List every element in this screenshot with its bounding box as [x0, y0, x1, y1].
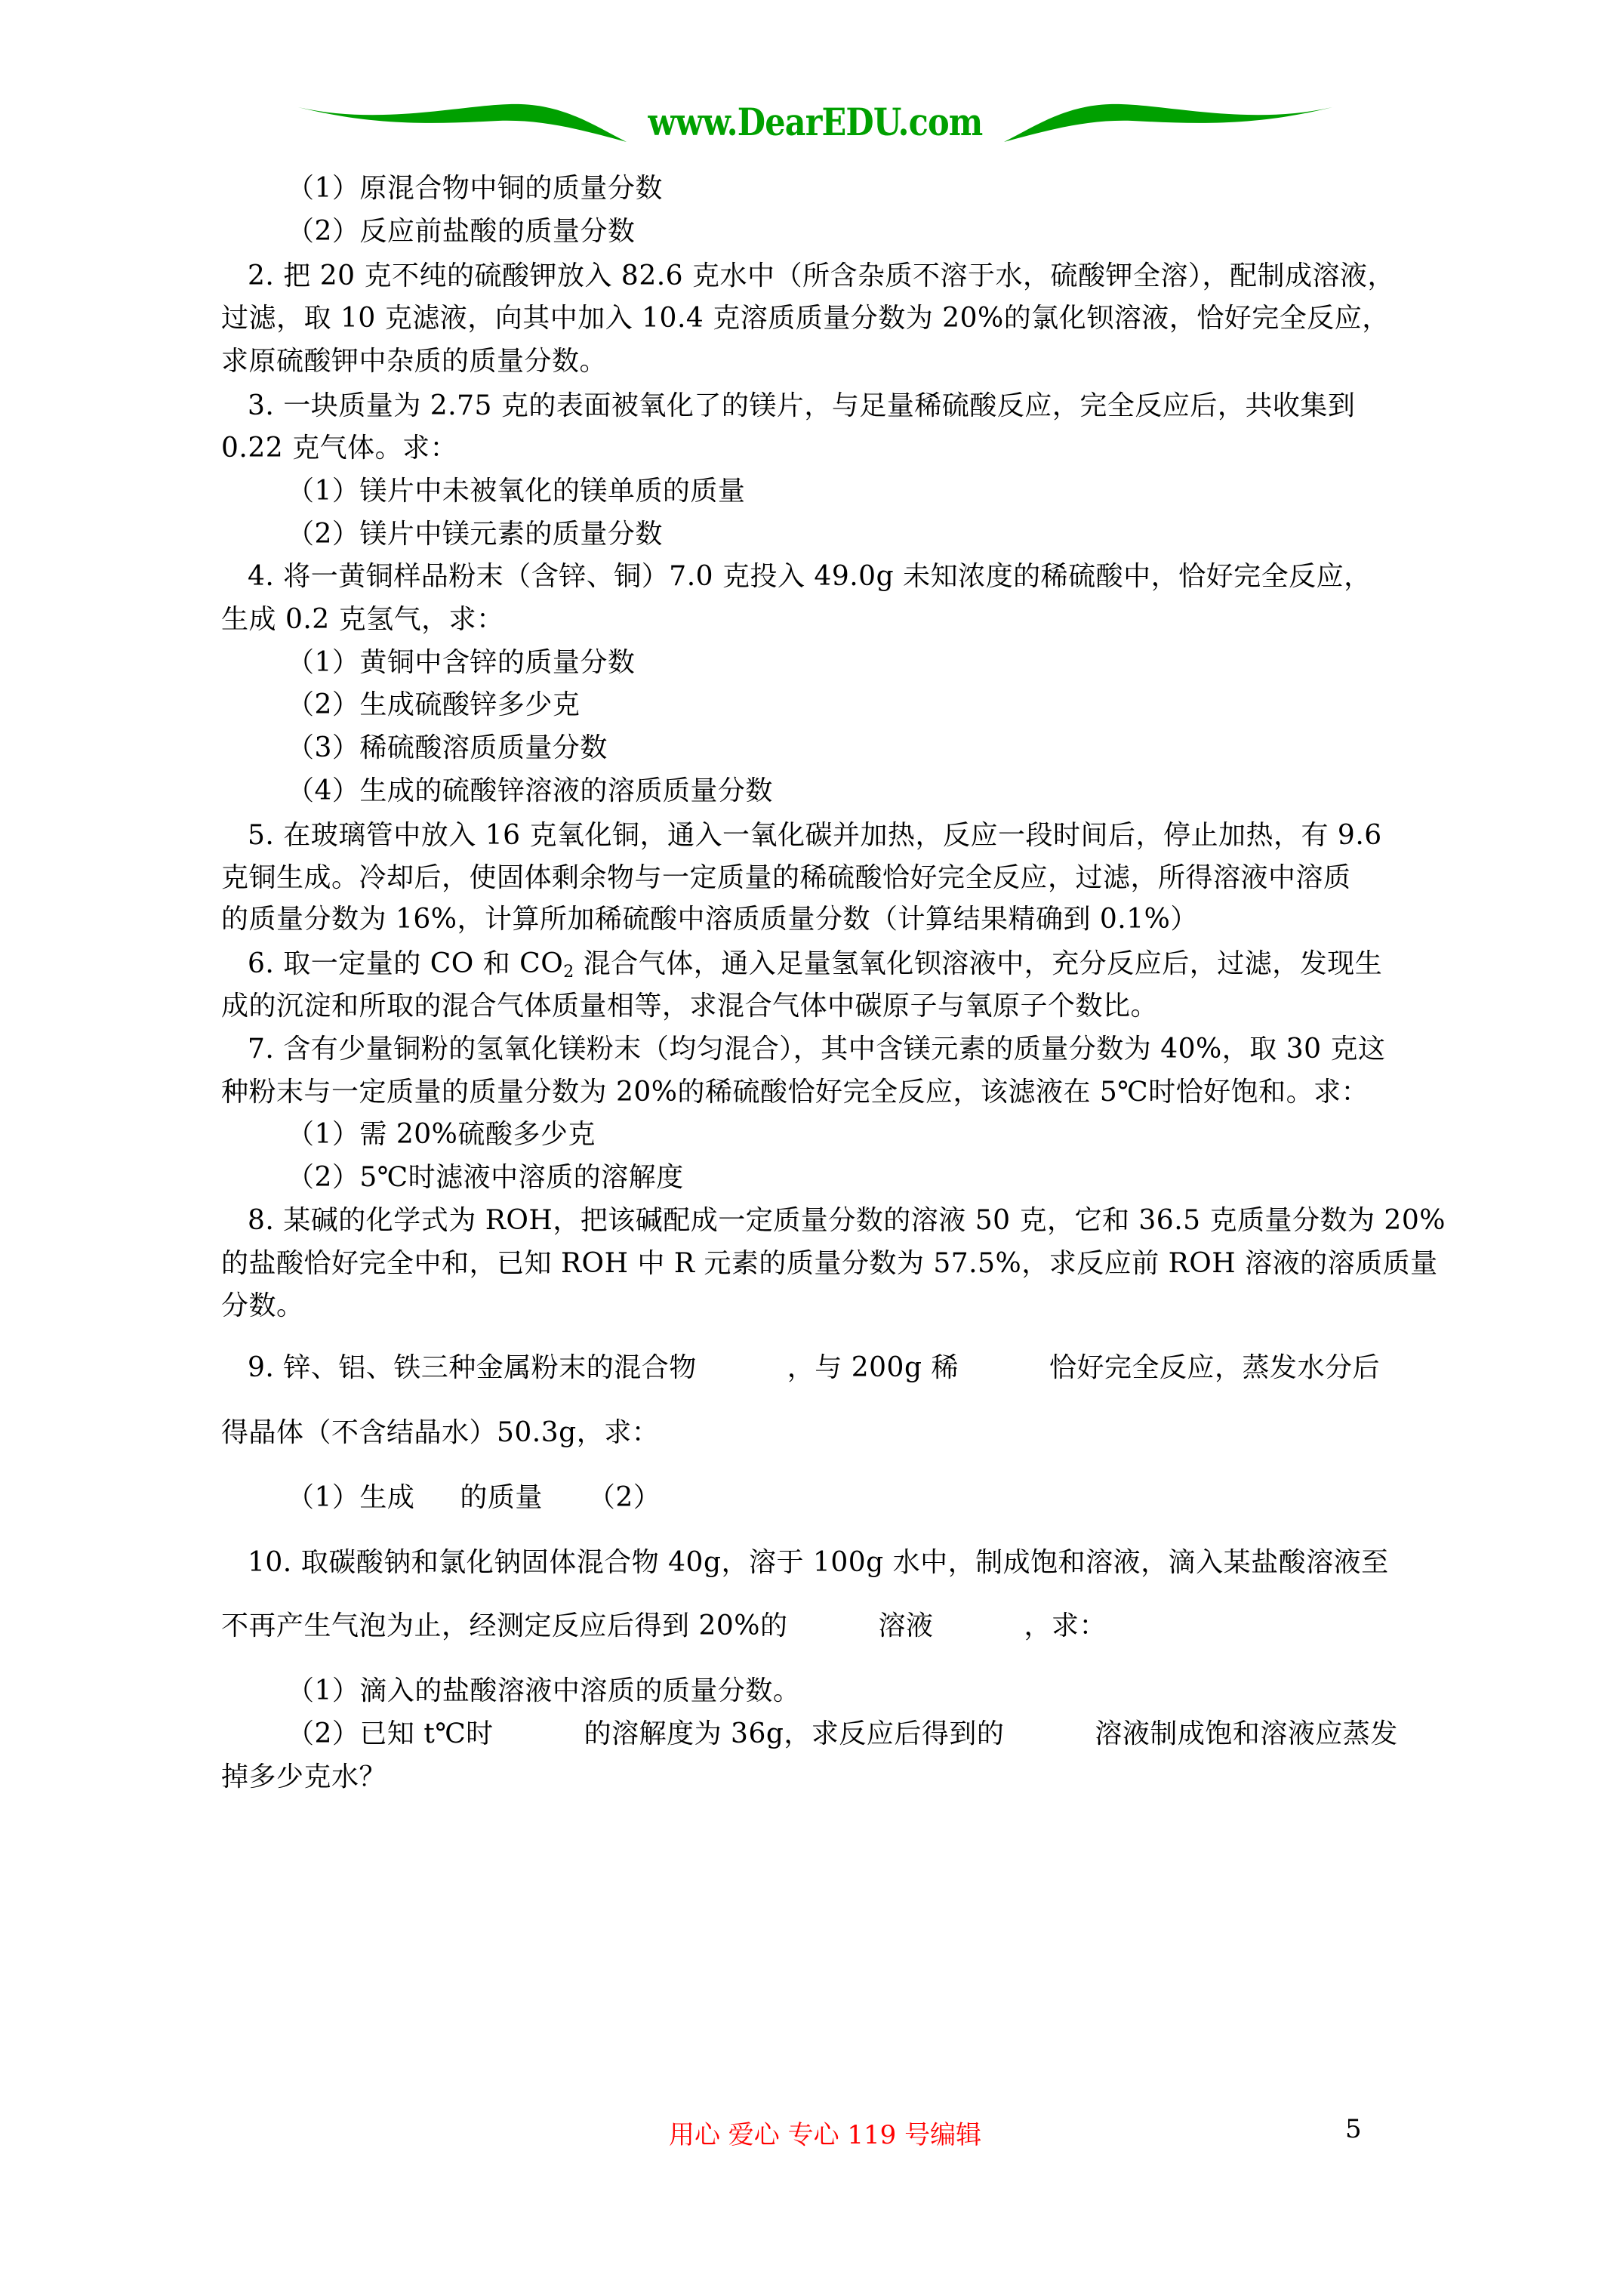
- q8-line-1: 8. 某碱的化学式为 ROH，把该碱配成一定质量分数的溶液 50 克，它和 36…: [248, 1204, 1446, 1237]
- q6-line-2: 成的沉淀和所取的混合气体质量相等，求混合气体中碳原子与氧原子个数比。: [221, 990, 1158, 1023]
- q1-sub-2: （2）反应前盐酸的质量分数: [287, 215, 635, 248]
- q4-line-1: 4. 将一黄铜样品粉末（含锌、铜）7.0 克投入 49.0g 未知浓度的稀硫酸中…: [248, 560, 1372, 593]
- q8-line-3: 分数。: [221, 1290, 304, 1323]
- q9-sub-text-c: （2）: [588, 1482, 661, 1513]
- q9-sub-text-b: 的质量: [460, 1482, 543, 1513]
- q3-sub-1: （1）镁片中未被氧化的镁单质的质量: [287, 475, 745, 508]
- q6-text-b: 混合气体，通入足量氢氧化钡溶液中，充分反应后，过滤，发现生: [574, 948, 1382, 979]
- q10-text-a: 不再产生气泡为止，经测定反应后得到 20%的: [221, 1610, 787, 1641]
- q7-sub-1: （1）需 20%硫酸多少克: [287, 1118, 596, 1151]
- q10-line-1: 10. 取碳酸钠和氯化钠固体混合物 40g，溶于 100g 水中，制成饱和溶液，…: [248, 1546, 1389, 1579]
- site-banner: www.DearEDU.com: [294, 97, 1336, 149]
- q4-sub-3: （3）稀硫酸溶质质量分数: [287, 732, 608, 765]
- q7-line-2: 种粉末与一定质量的质量分数为 20%的稀硫酸恰好完全反应，该滤液在 5℃时恰好饱…: [221, 1076, 1369, 1109]
- q8-line-2: 的盐酸恰好完全中和，已知 ROH 中 R 元素的质量分数为 57.5%，求反应前…: [221, 1247, 1438, 1281]
- q7-sub-2: （2）5℃时滤液中溶质的溶解度: [287, 1161, 684, 1194]
- q5-line-2: 克铜生成。冷却后，使固体剩余物与一定质量的稀硫酸恰好完全反应，过滤，所得溶液中溶…: [221, 861, 1351, 895]
- co2-subscript: 2: [563, 963, 574, 982]
- q10-sub-2: （2）已知 t℃时的溶解度为 36g，求反应后得到的溶液制成饱和溶液应蒸发: [287, 1718, 1398, 1751]
- q4-sub-4: （4）生成的硫酸锌溶液的溶质质量分数: [287, 775, 773, 808]
- q10-sub-text-c: 溶液制成饱和溶液应蒸发: [1095, 1718, 1398, 1749]
- q4-sub-2: （2）生成硫酸锌多少克: [287, 689, 580, 722]
- q10-text-c: ，求：: [1024, 1610, 1107, 1641]
- q9-text-c: 恰好完全反应，蒸发水分后: [1049, 1352, 1380, 1383]
- q3-line-2: 0.22 克气体。求：: [221, 432, 457, 465]
- q2-line-1: 2. 把 20 克不纯的硫酸钾放入 82.6 克水中（所含杂质不溶于水，硫酸钾全…: [248, 260, 1395, 293]
- q10-text-b: 溶液: [878, 1610, 933, 1641]
- q7-line-1: 7. 含有少量铜粉的氢氧化镁粉末（均匀混合），其中含镁元素的质量分数为 40%，…: [248, 1033, 1385, 1066]
- q5-line-3: 的质量分数为 16%，计算所加稀硫酸中溶质质量分数（计算结果精确到 0.1%）: [221, 903, 1198, 936]
- q5-line-1: 5. 在玻璃管中放入 16 克氧化铜，通入一氧化碳并加热，反应一段时间后，停止加…: [248, 819, 1382, 852]
- q6-text-a: 6. 取一定量的 CO 和 CO: [248, 948, 563, 979]
- q4-sub-1: （1）黄铜中含锌的质量分数: [287, 646, 635, 680]
- q10-line-2: 不再产生气泡为止，经测定反应后得到 20%的溶液，求：: [221, 1610, 1107, 1643]
- q10-line-last: 掉多少克水？: [221, 1761, 387, 1794]
- q9-line-1: 9. 锌、铝、铁三种金属粉末的混合物，与 200g 稀恰好完全反应，蒸发水分后: [248, 1351, 1380, 1385]
- q9-line-2: 得晶体（不含结晶水）50.3g，求：: [221, 1416, 659, 1450]
- banner-title: www.DearEDU.com: [646, 101, 984, 143]
- q2-line-3: 求原硫酸钾中杂质的质量分数。: [221, 345, 607, 378]
- q2-line-2: 过滤，取 10 克滤液，向其中加入 10.4 克溶质质量分数为 20%的氯化钡溶…: [221, 302, 1390, 335]
- q4-line-2: 生成 0.2 克氢气，求：: [221, 603, 504, 636]
- q9-text-a: 9. 锌、铝、铁三种金属粉末的混合物: [248, 1352, 697, 1383]
- q9-sub-text-a: （1）生成: [287, 1482, 414, 1513]
- page-number: 5: [1345, 2114, 1362, 2144]
- q9-sub-1: （1）生成的质量（2）: [287, 1481, 661, 1515]
- q10-sub-text-b: 的溶解度为 36g，求反应后得到的: [584, 1718, 1005, 1749]
- q1-sub-1: （1）原混合物中铜的质量分数: [287, 172, 663, 205]
- q10-sub-text-a: （2）已知 t℃时: [287, 1718, 494, 1749]
- q6-line-1: 6. 取一定量的 CO 和 CO2 混合气体，通入足量氢氧化钡溶液中，充分反应后…: [248, 948, 1382, 989]
- q3-sub-2: （2）镁片中镁元素的质量分数: [287, 518, 663, 551]
- q10-sub-1: （1）滴入的盐酸溶液中溶质的质量分数。: [287, 1675, 800, 1708]
- q9-text-b: ，与 200g 稀: [787, 1352, 959, 1383]
- q3-line-1: 3. 一块质量为 2.75 克的表面被氧化了的镁片，与足量稀硫酸反应，完全反应后…: [248, 390, 1355, 423]
- footer-text: 用心 爱心 专心 119 号编辑: [669, 2114, 981, 2151]
